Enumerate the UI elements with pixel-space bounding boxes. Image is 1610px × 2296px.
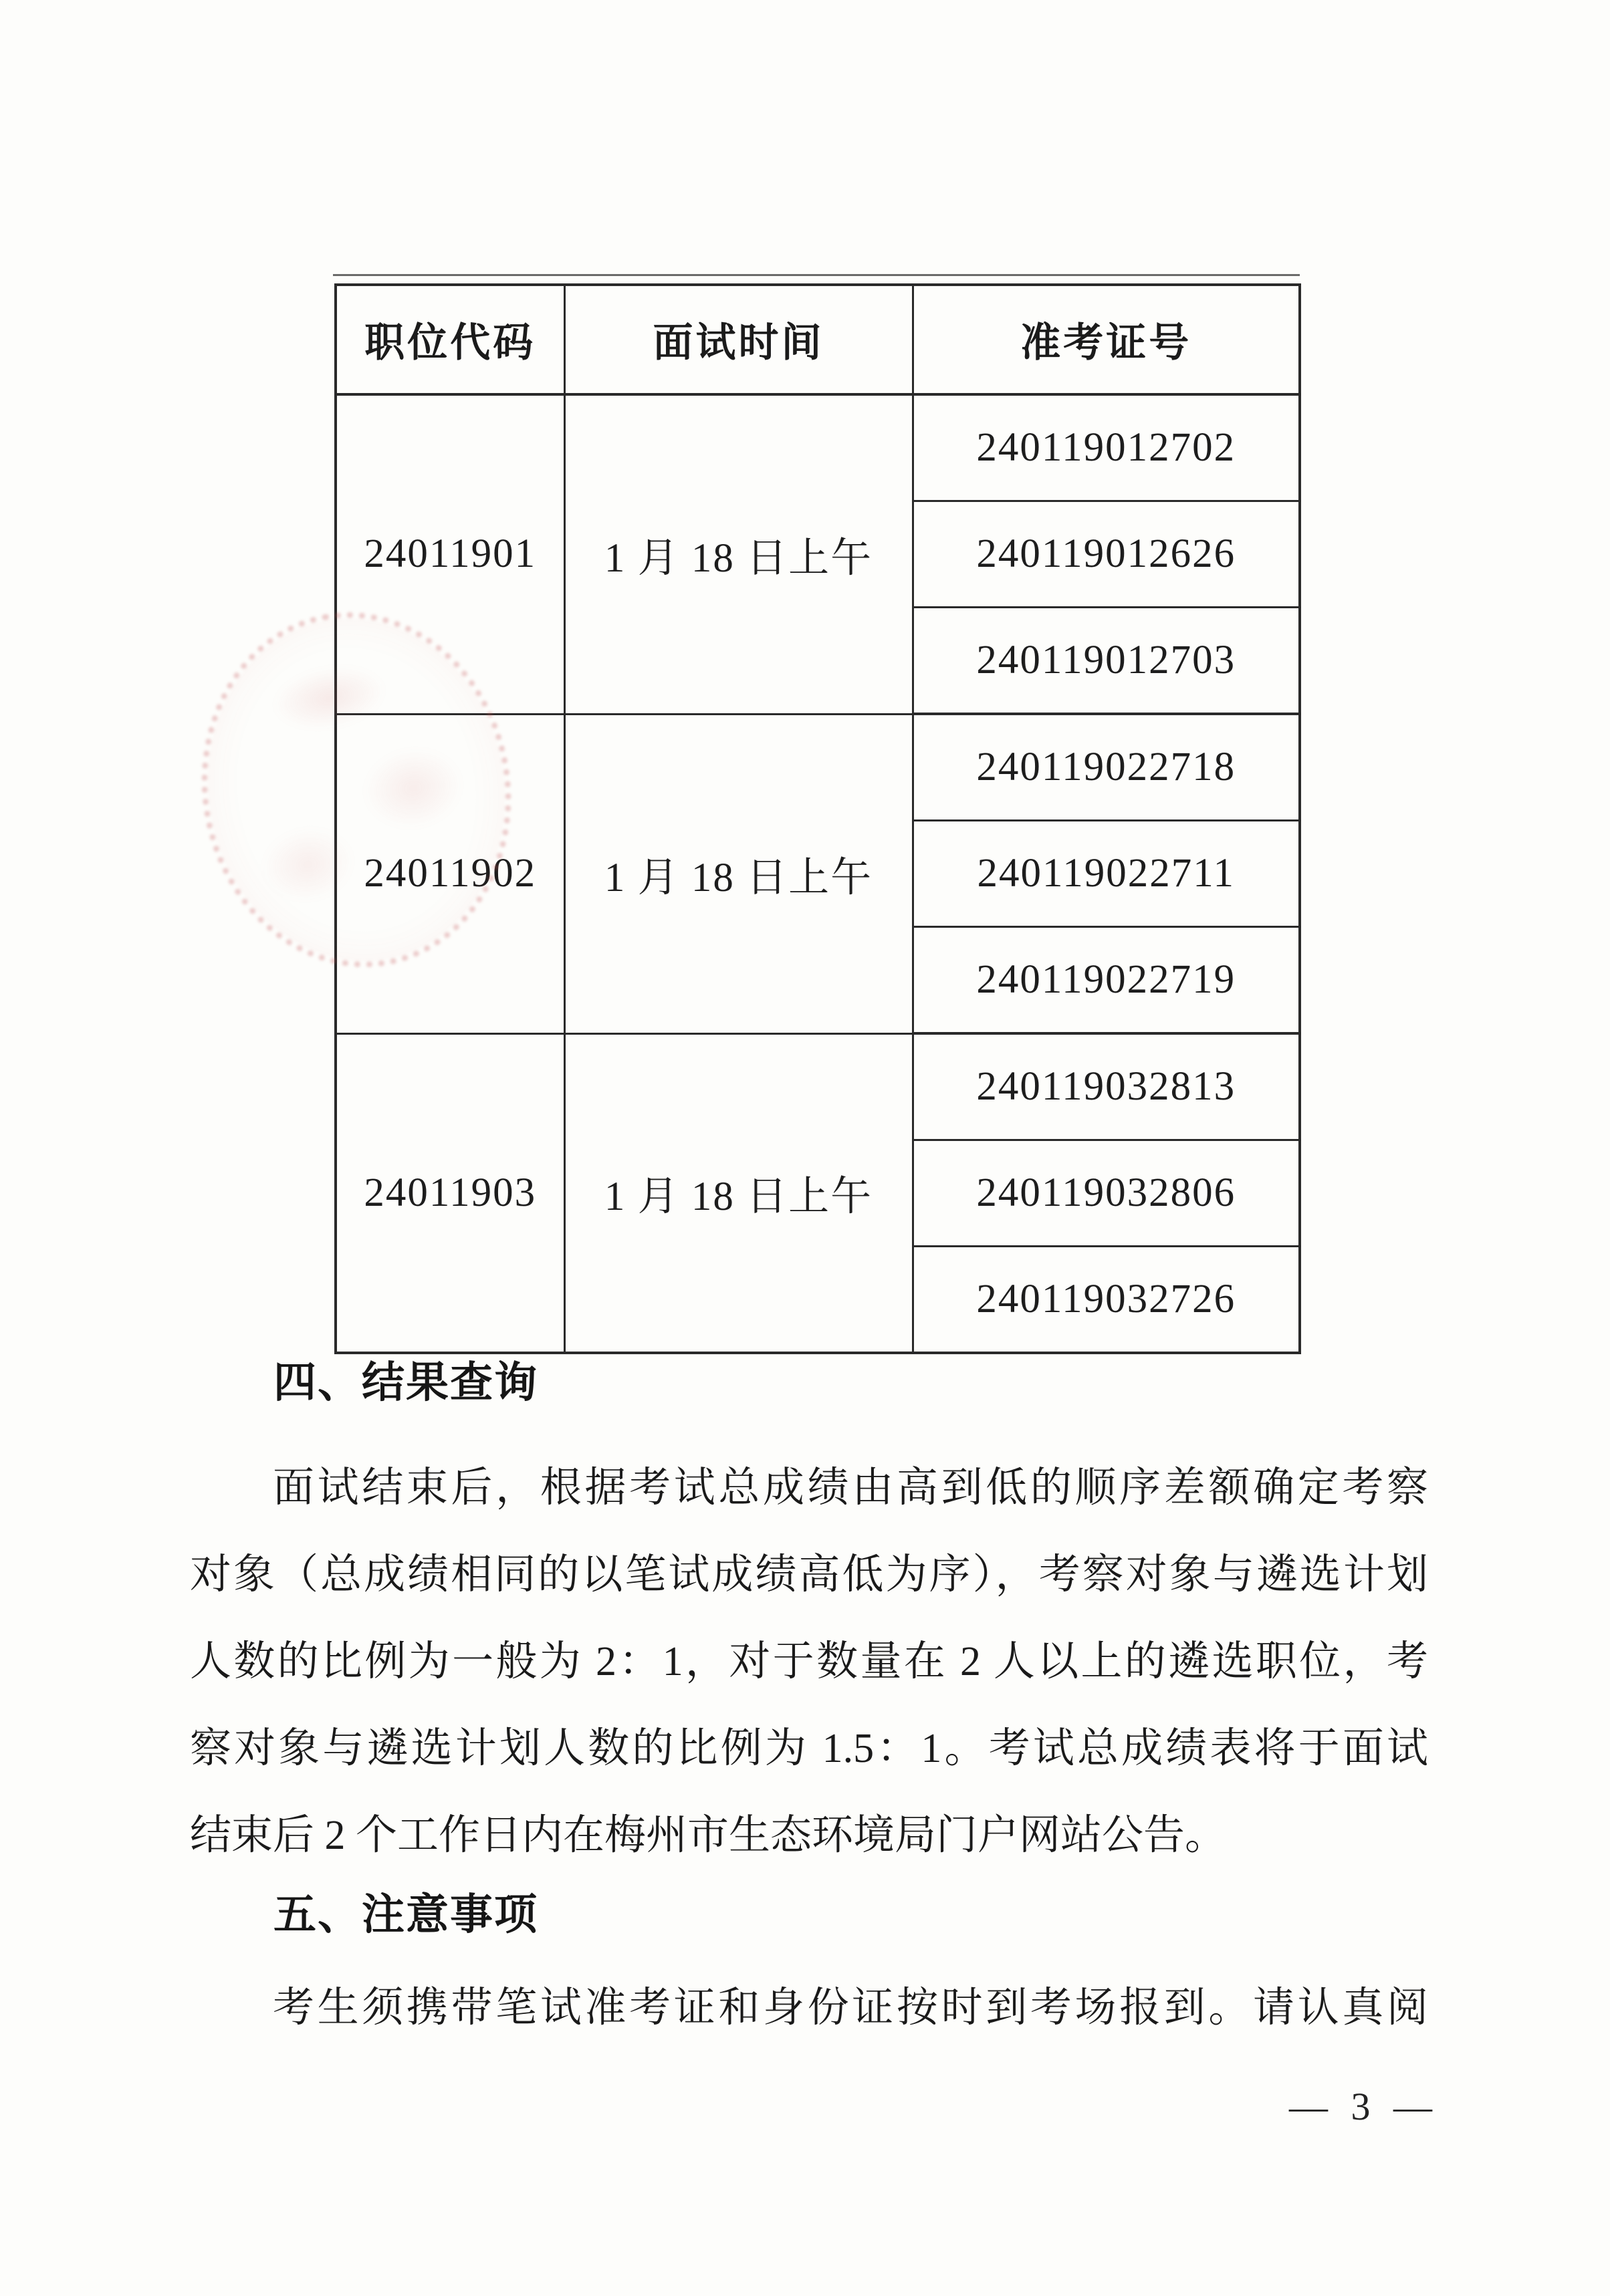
body-line: 人数的比例为一般为 2：1，对于数量在 2 人以上的遴选职位，考 bbox=[190, 1631, 1428, 1692]
cell-position-code: 24011903 bbox=[336, 1033, 564, 1353]
cell-ticket-number: 240119032726 bbox=[913, 1247, 1300, 1354]
table-header-row: 职位代码 面试时间 准考证号 bbox=[336, 285, 1300, 394]
table-row: 24011903 1 月 18 日上午 240119032813 bbox=[336, 1033, 1300, 1140]
table-row: 24011901 1 月 18 日上午 240119012702 bbox=[336, 394, 1300, 501]
header-cell-position-code: 职位代码 bbox=[336, 285, 564, 394]
section-heading-results-inquiry: 四、结果查询 bbox=[273, 1352, 1444, 1413]
cell-ticket-number: 240119012626 bbox=[913, 501, 1300, 608]
scan-artifact-line bbox=[333, 274, 1300, 276]
cell-ticket-number: 240119032806 bbox=[913, 1140, 1300, 1247]
interview-schedule-table: 职位代码 面试时间 准考证号 24011901 1 月 18 日上午 24011… bbox=[334, 283, 1301, 1354]
body-line: 对象（总成绩相同的以笔试成绩高低为序），考察对象与遴选计划 bbox=[190, 1544, 1428, 1606]
cell-ticket-number: 240119022719 bbox=[913, 927, 1300, 1034]
header-cell-ticket-number: 准考证号 bbox=[913, 285, 1300, 394]
cell-position-code: 24011901 bbox=[336, 394, 564, 714]
section-heading-notes: 五、注意事项 bbox=[273, 1884, 1444, 1945]
cell-position-code: 24011902 bbox=[336, 714, 564, 1033]
scanned-document-page: 职位代码 面试时间 准考证号 24011901 1 月 18 日上午 24011… bbox=[0, 0, 1610, 2296]
cell-interview-time: 1 月 18 日上午 bbox=[564, 394, 913, 714]
cell-ticket-number: 240119022711 bbox=[913, 821, 1300, 927]
header-cell-interview-time: 面试时间 bbox=[564, 285, 913, 394]
body-line: 考生须携带笔试准考证和身份证按时到考场报到。请认真阅 bbox=[190, 1977, 1428, 2039]
cell-ticket-number: 240119032813 bbox=[913, 1033, 1300, 1140]
cell-interview-time: 1 月 18 日上午 bbox=[564, 1033, 913, 1353]
body-line: 面试结束后，根据考试总成绩由高到低的顺序差额确定考察 bbox=[190, 1457, 1428, 1519]
cell-ticket-number: 240119012702 bbox=[913, 394, 1300, 501]
cell-ticket-number: 240119022718 bbox=[913, 714, 1300, 821]
table-row: 24011902 1 月 18 日上午 240119022718 bbox=[336, 714, 1300, 821]
body-line: 结束后 2 个工作日内在梅州市生态环境局门户网站公告。 bbox=[190, 1805, 1428, 1866]
cell-ticket-number: 240119012703 bbox=[913, 608, 1300, 715]
body-line: 察对象与遴选计划人数的比例为 1.5：1。考试总成绩表将于面试 bbox=[190, 1718, 1428, 1779]
page-number: — 3 — bbox=[1264, 2080, 1464, 2134]
cell-interview-time: 1 月 18 日上午 bbox=[564, 714, 913, 1033]
